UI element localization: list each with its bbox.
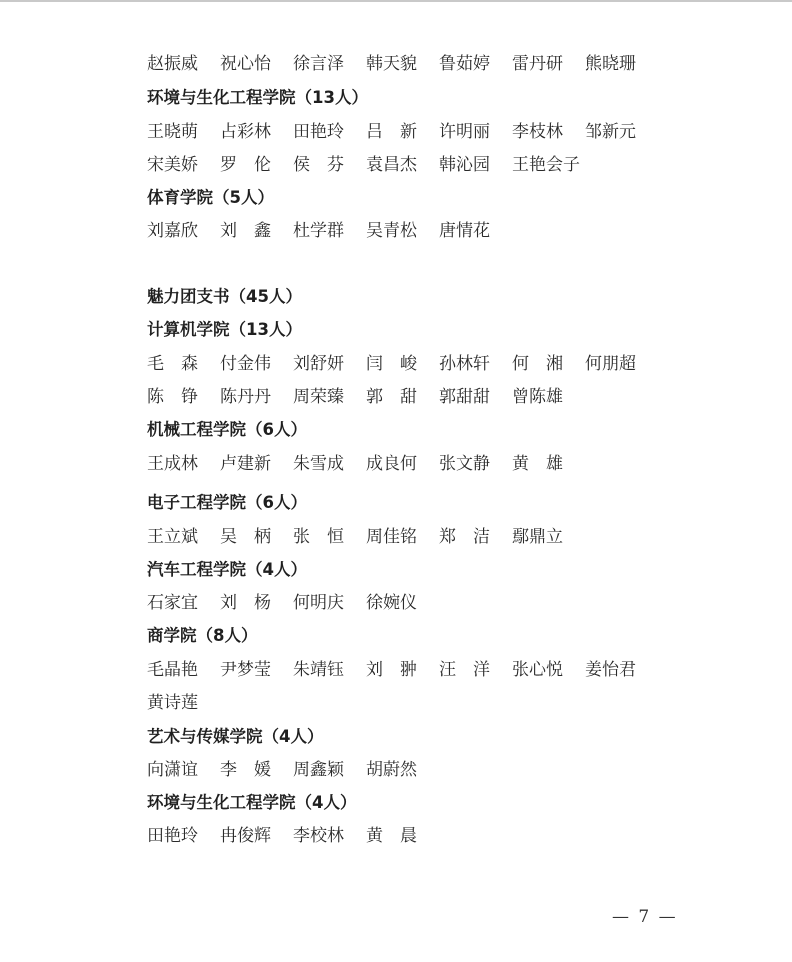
person-name: 侯芬 — [293, 153, 366, 177]
person-name: 赵振威 — [147, 52, 220, 76]
person-name: 冉俊辉 — [220, 824, 293, 848]
person-name: 何朋超 — [585, 352, 658, 376]
person-name: 吕新 — [366, 120, 439, 144]
person-name: 孙林轩 — [439, 352, 512, 376]
section-heading: 环境与生化工程学院（4人） — [147, 791, 356, 815]
person-name: 黄晨 — [366, 824, 439, 848]
person-name: 石家宜 — [147, 591, 220, 615]
name-row: 田艳玲冉俊辉李校林黄晨 — [147, 824, 439, 848]
person-name: 张心悦 — [512, 658, 585, 682]
person-name: 杜学群 — [293, 219, 366, 243]
person-name: 姜怡君 — [585, 658, 658, 682]
name-row: 陈铮陈丹丹周荣臻郭甜郭甜甜曾陈雄 — [147, 385, 585, 409]
person-name: 邹新元 — [585, 120, 658, 144]
name-row: 毛森付金伟刘舒妍闫峻孙林轩何湘何朋超 — [147, 352, 658, 376]
person-name: 王艳会子 — [512, 153, 585, 177]
section-heading: 环境与生化工程学院（13人） — [147, 86, 368, 110]
person-name: 占彩林 — [220, 120, 293, 144]
person-name: 吴青松 — [366, 219, 439, 243]
person-name: 闫峻 — [366, 352, 439, 376]
person-name: 汪洋 — [439, 658, 512, 682]
person-name: 李枝林 — [512, 120, 585, 144]
person-name: 罗伦 — [220, 153, 293, 177]
person-name: 韩天貌 — [366, 52, 439, 76]
person-name: 郭甜甜 — [439, 385, 512, 409]
section-heading: 商学院（8人） — [147, 624, 257, 648]
person-name: 毛晶艳 — [147, 658, 220, 682]
name-row: 宋美娇罗伦侯芬袁昌杰韩沁园王艳会子 — [147, 153, 585, 177]
person-name: 张文静 — [439, 452, 512, 476]
name-row: 向潇谊李媛周鑫颖胡蔚然 — [147, 758, 439, 782]
person-name: 宋美娇 — [147, 153, 220, 177]
person-name: 李校林 — [293, 824, 366, 848]
name-row: 王立斌吴柄张恒周佳铭郑洁鄢鼎立 — [147, 525, 585, 549]
section-heading: 汽车工程学院（4人） — [147, 558, 307, 582]
section-heading: 体育学院（5人） — [147, 186, 274, 210]
person-name: 韩沁园 — [439, 153, 512, 177]
person-name: 何明庆 — [293, 591, 366, 615]
section-heading: 机械工程学院（6人） — [147, 418, 307, 442]
name-row: 王晓萌占彩林田艳玲吕新许明丽李枝林邹新元 — [147, 120, 658, 144]
person-name: 郭甜 — [366, 385, 439, 409]
person-name: 成良何 — [366, 452, 439, 476]
person-name: 徐言泽 — [293, 52, 366, 76]
name-row: 王成林卢建新朱雪成成良何张文静黄雄 — [147, 452, 585, 476]
person-name: 朱雪成 — [293, 452, 366, 476]
person-name: 付金伟 — [220, 352, 293, 376]
person-name: 刘舒妍 — [293, 352, 366, 376]
person-name: 王成林 — [147, 452, 220, 476]
person-name: 刘翀 — [366, 658, 439, 682]
person-name: 曾陈雄 — [512, 385, 585, 409]
person-name: 周荣臻 — [293, 385, 366, 409]
person-name: 毛森 — [147, 352, 220, 376]
person-name: 向潇谊 — [147, 758, 220, 782]
person-name: 何湘 — [512, 352, 585, 376]
section-heading: 魅力团支书（45人） — [147, 285, 302, 309]
person-name: 刘鑫 — [220, 219, 293, 243]
person-name: 张恒 — [293, 525, 366, 549]
name-row: 黄诗莲 — [147, 691, 220, 715]
person-name: 祝心怡 — [220, 52, 293, 76]
page-top-border — [0, 0, 792, 2]
name-row: 赵振威祝心怡徐言泽韩天貌鲁茹婷雷丹研熊晓珊 — [147, 52, 658, 76]
person-name: 田艳玲 — [293, 120, 366, 144]
person-name: 陈丹丹 — [220, 385, 293, 409]
person-name: 卢建新 — [220, 452, 293, 476]
person-name: 袁昌杰 — [366, 153, 439, 177]
person-name: 黄雄 — [512, 452, 585, 476]
person-name: 徐婉仪 — [366, 591, 439, 615]
person-name: 黄诗莲 — [147, 691, 220, 715]
section-heading: 计算机学院（13人） — [147, 318, 302, 342]
person-name: 李媛 — [220, 758, 293, 782]
person-name: 鄢鼎立 — [512, 525, 585, 549]
section-heading: 电子工程学院（6人） — [147, 491, 307, 515]
person-name: 王晓萌 — [147, 120, 220, 144]
person-name: 王立斌 — [147, 525, 220, 549]
person-name: 周鑫颖 — [293, 758, 366, 782]
person-name: 吴柄 — [220, 525, 293, 549]
person-name: 陈铮 — [147, 385, 220, 409]
person-name: 田艳玲 — [147, 824, 220, 848]
section-heading: 艺术与传媒学院（4人） — [147, 725, 323, 749]
person-name: 胡蔚然 — [366, 758, 439, 782]
person-name: 郑洁 — [439, 525, 512, 549]
person-name: 雷丹研 — [512, 52, 585, 76]
person-name: 唐情花 — [439, 219, 512, 243]
person-name: 周佳铭 — [366, 525, 439, 549]
person-name: 熊晓珊 — [585, 52, 658, 76]
name-row: 毛晶艳尹梦莹朱靖钰刘翀汪洋张心悦姜怡君 — [147, 658, 658, 682]
name-row: 石家宜刘杨何明庆徐婉仪 — [147, 591, 439, 615]
person-name: 鲁茹婷 — [439, 52, 512, 76]
person-name: 许明丽 — [439, 120, 512, 144]
name-row: 刘嘉欣刘鑫杜学群吴青松唐情花 — [147, 219, 512, 243]
person-name: 朱靖钰 — [293, 658, 366, 682]
person-name: 刘杨 — [220, 591, 293, 615]
person-name: 刘嘉欣 — [147, 219, 220, 243]
person-name: 尹梦莹 — [220, 658, 293, 682]
page-number: — 7 — — [612, 907, 678, 927]
